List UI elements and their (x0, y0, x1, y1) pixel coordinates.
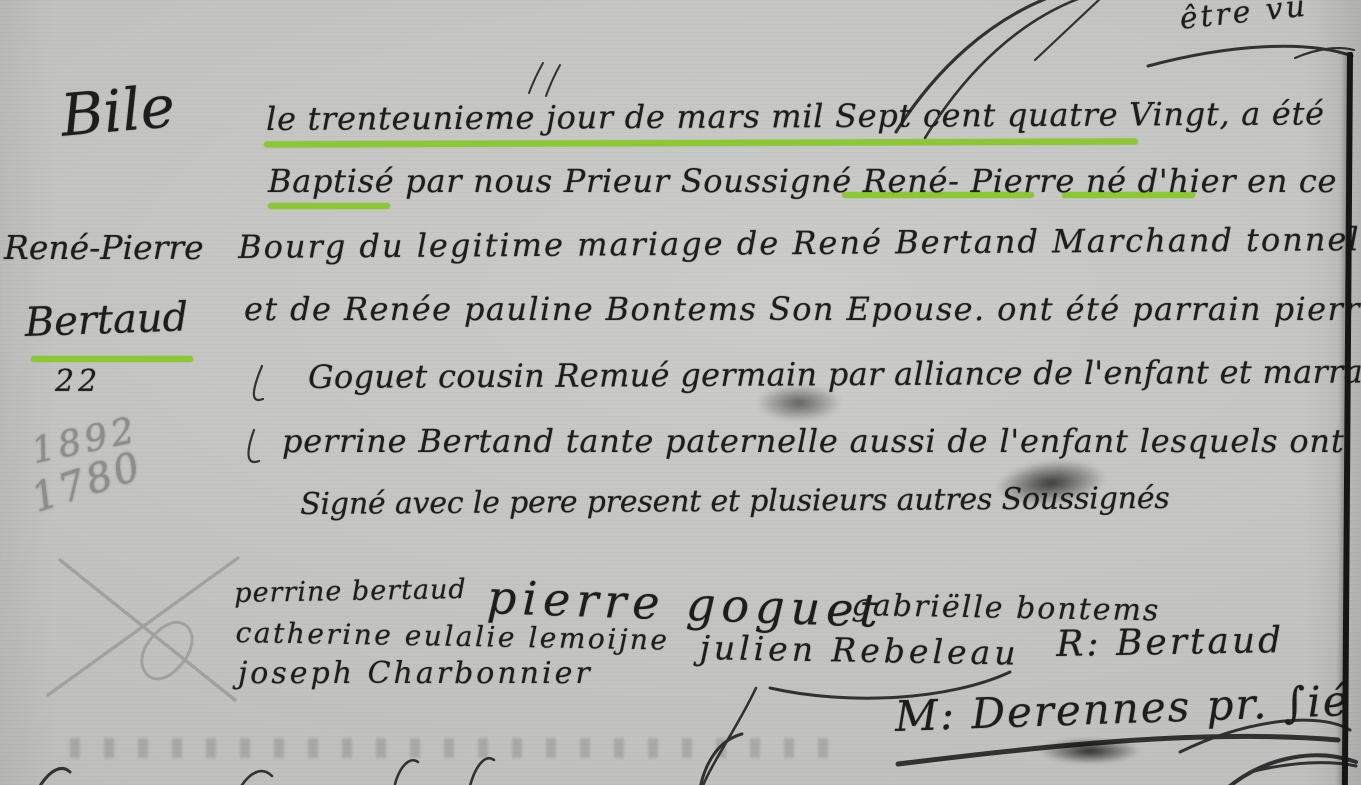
descender-stroke-icon (702, 688, 756, 785)
highlight-underline-date (264, 138, 1138, 147)
record-line: le trenteunieme jour de mars mil Sept ce… (266, 94, 1325, 138)
pen-tick-icon (249, 430, 259, 462)
pencil-cross-stroke-icon (60, 560, 235, 700)
signature-joseph-charbonnier: joseph Charbonnier (238, 656, 593, 691)
page-binding-edge (1342, 52, 1353, 785)
next-entry-cutoff-stroke-icon (1250, 763, 1356, 772)
highlight-underline-baptise (268, 203, 390, 209)
signature-catherine-lemoijne: catherine eulalie lemoijne (235, 616, 669, 657)
paraph-stroke-icon (1035, 0, 1103, 60)
record-line: perrine Bertand tante paternelle aussi d… (282, 422, 1344, 460)
next-entry-cutoff-stroke-icon (240, 771, 272, 785)
signature-derennes-prieur: M: Derennes pr. ∫ié (894, 676, 1350, 741)
next-entry-cutoff-stroke-icon (700, 734, 742, 785)
record-line: Goguet cousin Remué germain par alliance… (308, 352, 1361, 396)
pen-tick-icon (546, 65, 560, 96)
signature-julien-rebeleau: julien Rebeleau (699, 628, 1020, 673)
next-entry-cutoff-stroke-icon (40, 768, 70, 785)
corner-note-fragment: être vu (1178, 0, 1310, 37)
pencil-scribble-icon (142, 622, 192, 678)
paraph-swash-icon (1295, 48, 1354, 58)
next-entry-cutoff-stroke-icon (1230, 755, 1356, 785)
pen-tick-icon (254, 366, 263, 400)
margin-entry-number: 22 (55, 364, 101, 399)
bleed-through-streaks (70, 738, 830, 758)
record-line: Signé avec le pere present et plusieurs … (300, 481, 1170, 522)
record-line: Baptisé par nous Prieur Soussigné René- … (268, 162, 1337, 200)
margin-child-surname: Bertaud (24, 294, 189, 346)
record-line: et de Renée pauline Bontems Son Epouse. … (244, 290, 1361, 328)
highlight-underline-surname (31, 356, 193, 362)
signature-flourish-icon (898, 736, 1338, 764)
signature-perrine-bertaud: perrine bertaud (234, 574, 467, 609)
paraph-swash-icon (1148, 46, 1352, 66)
next-entry-cutoff-stroke-icon (470, 758, 494, 785)
register-page-scan: Bile René-Pierre Bertaud 22 1892 1780 êt… (0, 0, 1361, 785)
pen-tick-icon (529, 63, 543, 93)
next-entry-cutoff-stroke-icon (395, 760, 418, 784)
ink-smudge (1040, 738, 1140, 764)
margin-entry-type: Bile (58, 72, 178, 150)
pencil-cross-stroke-icon (48, 558, 238, 695)
signature-r-bertaud: R: Bertaud (1056, 620, 1284, 665)
margin-child-firstname: René-Pierre (4, 228, 204, 267)
record-line: Bourg du legitime mariage de René Bertan… (238, 220, 1361, 266)
